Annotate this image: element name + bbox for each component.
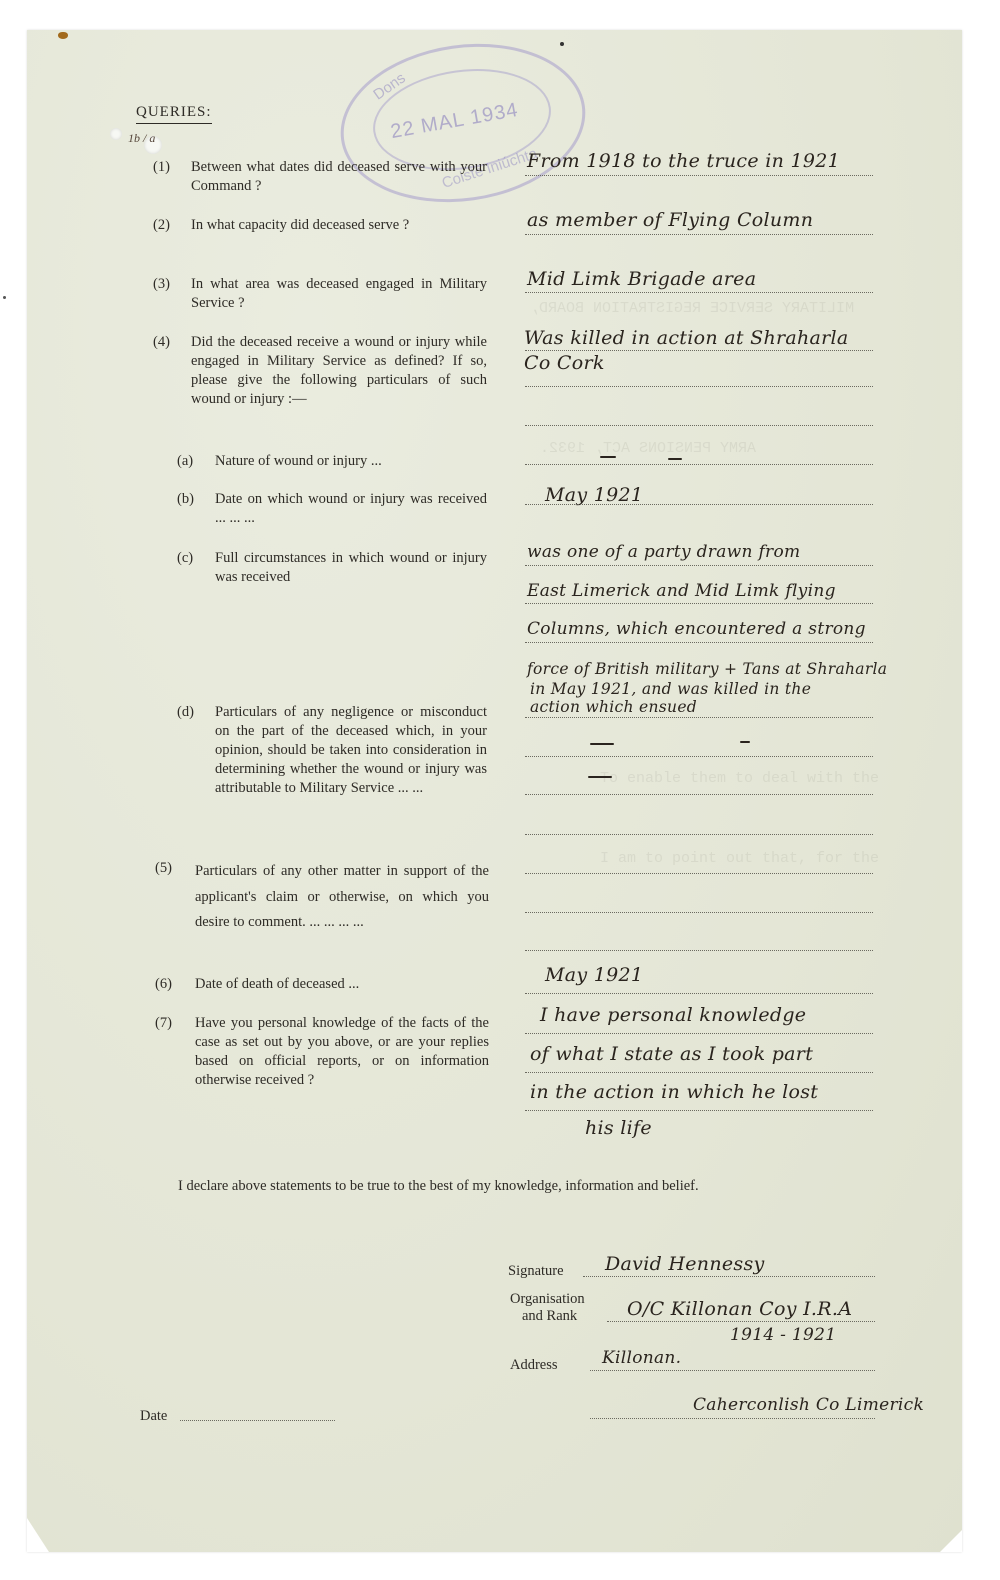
query-number: (7) [155, 1014, 179, 1033]
query-number: (c) [177, 549, 207, 568]
answer-line[interactable] [525, 873, 873, 874]
query-number: (2) [153, 216, 177, 235]
answer-line[interactable] [525, 603, 873, 604]
folded-corner-bottom-left [27, 1518, 49, 1552]
query-number: (6) [155, 975, 179, 994]
query-number: (d) [177, 703, 207, 722]
query-text: Did the deceased receive a wound or inju… [191, 333, 487, 409]
query-number: (3) [153, 275, 177, 294]
query-number: (b) [177, 490, 207, 509]
answer-line[interactable] [525, 1110, 873, 1111]
rank-label: and Rank [522, 1308, 577, 1324]
query-text: In what area was deceased engaged in Mil… [191, 275, 487, 313]
answer-line[interactable] [525, 464, 873, 465]
answer-line[interactable] [525, 834, 873, 835]
answer-handwriting: as member of Flying Column [527, 209, 813, 231]
address-field-line1[interactable] [590, 1370, 875, 1371]
query-text: In what capacity did deceased serve ? [191, 216, 487, 235]
organisation-years-handwriting: 1914 - 1921 [730, 1325, 836, 1345]
bleed-through-text: MILITARY SERVICE REGISTRATION BOARD, [530, 300, 854, 317]
address-label: Address [510, 1357, 558, 1373]
answer-handwriting: I have personal knowledge [540, 1004, 806, 1026]
ink-dot [3, 296, 6, 299]
handwritten-dash [740, 741, 750, 743]
answer-line[interactable] [525, 756, 873, 757]
signature-field[interactable] [583, 1276, 875, 1277]
queries-heading: QUERIES: [136, 104, 212, 124]
answer-line[interactable] [525, 425, 873, 426]
organisation-label: Organisation [510, 1291, 585, 1307]
answer-handwriting: From 1918 to the truce in 1921 [527, 150, 840, 172]
answer-line[interactable] [525, 565, 873, 566]
answer-handwriting: was one of a party drawn from [527, 542, 800, 562]
answer-handwriting: East Limerick and Mid Limk flying [527, 581, 836, 601]
address-handwriting-line1: Killonan. [602, 1348, 681, 1368]
answer-line[interactable] [525, 175, 873, 176]
organisation-handwriting: O/C Killonan Coy I.R.A [627, 1298, 852, 1320]
address-handwriting-line2: Caherconlish Co Limerick [693, 1395, 924, 1415]
answer-handwriting: in the action in which he lost [530, 1081, 818, 1103]
query-text: Particulars of any negligence or miscond… [215, 703, 487, 798]
query-text: Date of death of deceased ... [195, 975, 489, 994]
query-number: (1) [153, 158, 177, 177]
punch-hole [110, 128, 122, 140]
answer-handwriting: in May 1921, and was killed in the [530, 680, 811, 698]
query-number: (a) [177, 452, 207, 471]
answer-handwriting: Was killed in action at Shraharla [524, 327, 849, 349]
handwritten-dash [600, 456, 616, 458]
handwritten-dash [668, 458, 682, 460]
answer-line[interactable] [525, 1033, 873, 1034]
bleed-through-text: I am to point out that, for the [600, 850, 879, 867]
address-field-line2[interactable] [590, 1418, 875, 1419]
answer-handwriting: action which ensued [530, 698, 697, 716]
answer-handwriting: May 1921 [545, 484, 643, 506]
query-text: Date on which wound or injury was receiv… [215, 490, 487, 528]
rust-stain [58, 32, 68, 39]
answer-line[interactable] [525, 993, 873, 994]
answer-line[interactable] [525, 234, 873, 235]
answer-handwriting: his life [585, 1117, 652, 1139]
answer-handwriting: of what I state as I took part [530, 1043, 813, 1065]
query-number: (5) [155, 859, 179, 878]
answer-handwriting: May 1921 [545, 964, 643, 986]
answer-line[interactable] [525, 386, 873, 387]
organisation-rank-field[interactable] [607, 1321, 875, 1322]
query-number: (4) [153, 333, 177, 352]
answer-line[interactable] [525, 717, 873, 718]
answer-line[interactable] [525, 292, 873, 293]
answer-handwriting: force of British military + Tans at Shra… [527, 660, 887, 678]
answer-line[interactable] [525, 912, 873, 913]
folded-corner-bottom-right [940, 1530, 962, 1552]
answer-line[interactable] [525, 950, 873, 951]
query-text: Have you personal knowledge of the facts… [195, 1014, 489, 1090]
handwritten-dash [590, 743, 614, 745]
handwritten-dash [588, 776, 612, 778]
date-label: Date [140, 1408, 167, 1424]
answer-handwriting: Co Cork [524, 352, 605, 374]
document-page [27, 30, 962, 1552]
answer-handwriting: Mid Limk Brigade area [527, 268, 756, 290]
signature-label: Signature [508, 1263, 564, 1279]
query-text: Full circumstances in which wound or inj… [215, 549, 487, 587]
ink-dot [560, 42, 564, 46]
query-text: Between what dates did deceased serve wi… [191, 158, 487, 196]
query-text: Nature of wound or injury ... [215, 452, 487, 471]
answer-handwriting: Columns, which encountered a strong [527, 619, 866, 639]
answer-line[interactable] [525, 350, 873, 351]
signature-handwriting: David Hennessy [605, 1253, 765, 1275]
answer-line[interactable] [525, 1072, 873, 1073]
answer-line[interactable] [525, 642, 873, 643]
bleed-through-text: To enable them to deal with the [600, 770, 879, 787]
pencil-note: 1b / a [128, 134, 155, 143]
answer-line[interactable] [525, 504, 873, 505]
query-text: Particulars of any other matter in suppo… [195, 859, 489, 936]
answer-line[interactable] [525, 794, 873, 795]
bleed-through-text: ARMY PENSIONS ACT, 1932. [540, 440, 756, 457]
declaration-text: I declare above statements to be true to… [138, 1176, 878, 1196]
date-field[interactable] [180, 1420, 335, 1421]
